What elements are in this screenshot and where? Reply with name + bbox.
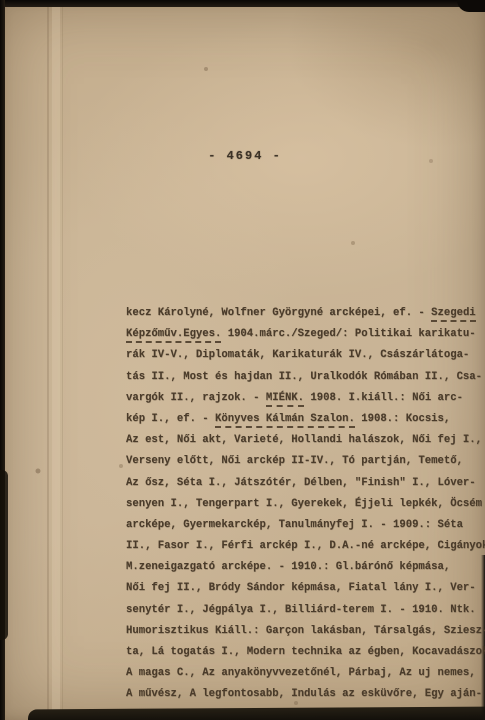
paper-fold-line bbox=[62, 0, 63, 720]
typescript-line: senyen I., Tengerpart I., Gyerekek, Éjje… bbox=[126, 494, 484, 515]
typescript-line: Humorisztikus Kiáll.: Garçon lakásban, T… bbox=[126, 621, 484, 642]
line-text: kecz Károlyné, Wolfner Györgyné arcképei… bbox=[126, 307, 431, 319]
line-text: ta, Lá togatás I., Modern technika az ég… bbox=[126, 646, 485, 658]
page-number: - 4694 - bbox=[0, 149, 485, 163]
line-text: 1908. I.kiáll.: Női arc- bbox=[304, 392, 463, 404]
typescript-line: vargók II., rajzok. - MIÉNK. 1908. I.kiá… bbox=[126, 388, 484, 409]
typescript-line: tás II., Most és hajdan II., Uralkodók R… bbox=[126, 367, 484, 388]
line-text: Az est, Női akt, Varieté, Hollandi halás… bbox=[126, 434, 482, 446]
typescript-line: Az ősz, Séta I., Játszótér, Délben, "Fin… bbox=[126, 473, 484, 494]
line-text: vargók II., rajzok. - bbox=[126, 392, 266, 404]
line-text: Női fej II., Bródy Sándor képmása, Fiata… bbox=[126, 582, 476, 594]
line-text: 1908.: Kocsis, bbox=[355, 413, 450, 425]
line-text: 1904.márc./Szeged/: Politikai karikatu- bbox=[221, 328, 475, 340]
scan-shadow-bottom bbox=[28, 707, 485, 720]
line-text: tás II., Most és hajdan II., Uralkodók R… bbox=[126, 371, 482, 383]
typescript-line: Női fej II., Bródy Sándor képmása, Fiata… bbox=[126, 578, 484, 599]
typescript-line: II., Fasor I., Férfi arckép I., D.A.-né … bbox=[126, 536, 484, 557]
typescript-line: A művész, A legfontosabb, Indulás az esk… bbox=[126, 684, 484, 705]
underlined-title: Könyves Kálmán Szalon. bbox=[215, 413, 355, 428]
typescript-line: Képzőműv.Egyes. 1904.márc./Szeged/: Poli… bbox=[126, 324, 484, 345]
line-text: rák IV-V., Diplomaták, Karikaturák IV., … bbox=[126, 349, 469, 361]
line-text: Verseny előtt, Női arckép II-IV., Tó par… bbox=[126, 455, 463, 467]
line-text: A művész, A legfontosabb, Indulás az esk… bbox=[126, 688, 482, 700]
typescript-line: arcképe, Gyermekarckép, Tanulmányfej I. … bbox=[126, 515, 484, 536]
typescript-line: Az est, Női akt, Varieté, Hollandi halás… bbox=[126, 430, 484, 451]
paper-fold-highlight bbox=[52, 0, 60, 720]
line-text: A magas C., Az anyakönyvvezetőnél, Párba… bbox=[126, 667, 476, 679]
typescript-line: senytér I., Jégpálya I., Billiárd-terem … bbox=[126, 600, 484, 621]
typescript-line: A magas C., Az anyakönyvvezetőnél, Párba… bbox=[126, 663, 484, 684]
typescript-line: kép I., ef. - Könyves Kálmán Szalon. 190… bbox=[126, 409, 484, 430]
line-text: Az ősz, Séta I., Játszótér, Délben, "Fin… bbox=[126, 477, 476, 489]
scanned-page: - 4694 - kecz Károlyné, Wolfner Györgyné… bbox=[0, 0, 485, 720]
line-text: M.zeneigazgató arcképe. - 1910.: Gl.báró… bbox=[126, 561, 450, 573]
typescript-line: rák IV-V., Diplomaták, Karikaturák IV., … bbox=[126, 345, 484, 366]
typescript-line: kecz Károlyné, Wolfner Györgyné arcképei… bbox=[126, 303, 484, 324]
line-text: arcképe, Gyermekarckép, Tanulmányfej I. … bbox=[126, 519, 463, 531]
line-text: kép I., ef. - bbox=[126, 413, 215, 425]
scan-edge-left bbox=[0, 470, 8, 640]
typescript-line: ta, Lá togatás I., Modern technika az ég… bbox=[126, 642, 484, 663]
typescript-line: Verseny előtt, Női arckép II-IV., Tó par… bbox=[126, 451, 484, 472]
underlined-title: Szegedi bbox=[431, 307, 476, 322]
line-text: senyen I., Tengerpart I., Gyerekek, Éjje… bbox=[126, 498, 482, 510]
scan-edge-top bbox=[0, 0, 485, 7]
paper-fold-line bbox=[47, 0, 49, 720]
line-text: II., Fasor I., Férfi arckép I., D.A.-né … bbox=[126, 540, 485, 552]
line-text: senytér I., Jégpálya I., Billiárd-terem … bbox=[126, 604, 476, 616]
line-text: Humorisztikus Kiáll.: Garçon lakásban, T… bbox=[126, 625, 485, 637]
underlined-title: Képzőműv.Egyes. bbox=[126, 328, 221, 343]
underlined-title: MIÉNK. bbox=[266, 392, 304, 407]
typescript-body: kecz Károlyné, Wolfner Györgyné arcképei… bbox=[126, 303, 484, 706]
typescript-line: M.zeneigazgató arcképe. - 1910.: Gl.báró… bbox=[126, 557, 484, 578]
